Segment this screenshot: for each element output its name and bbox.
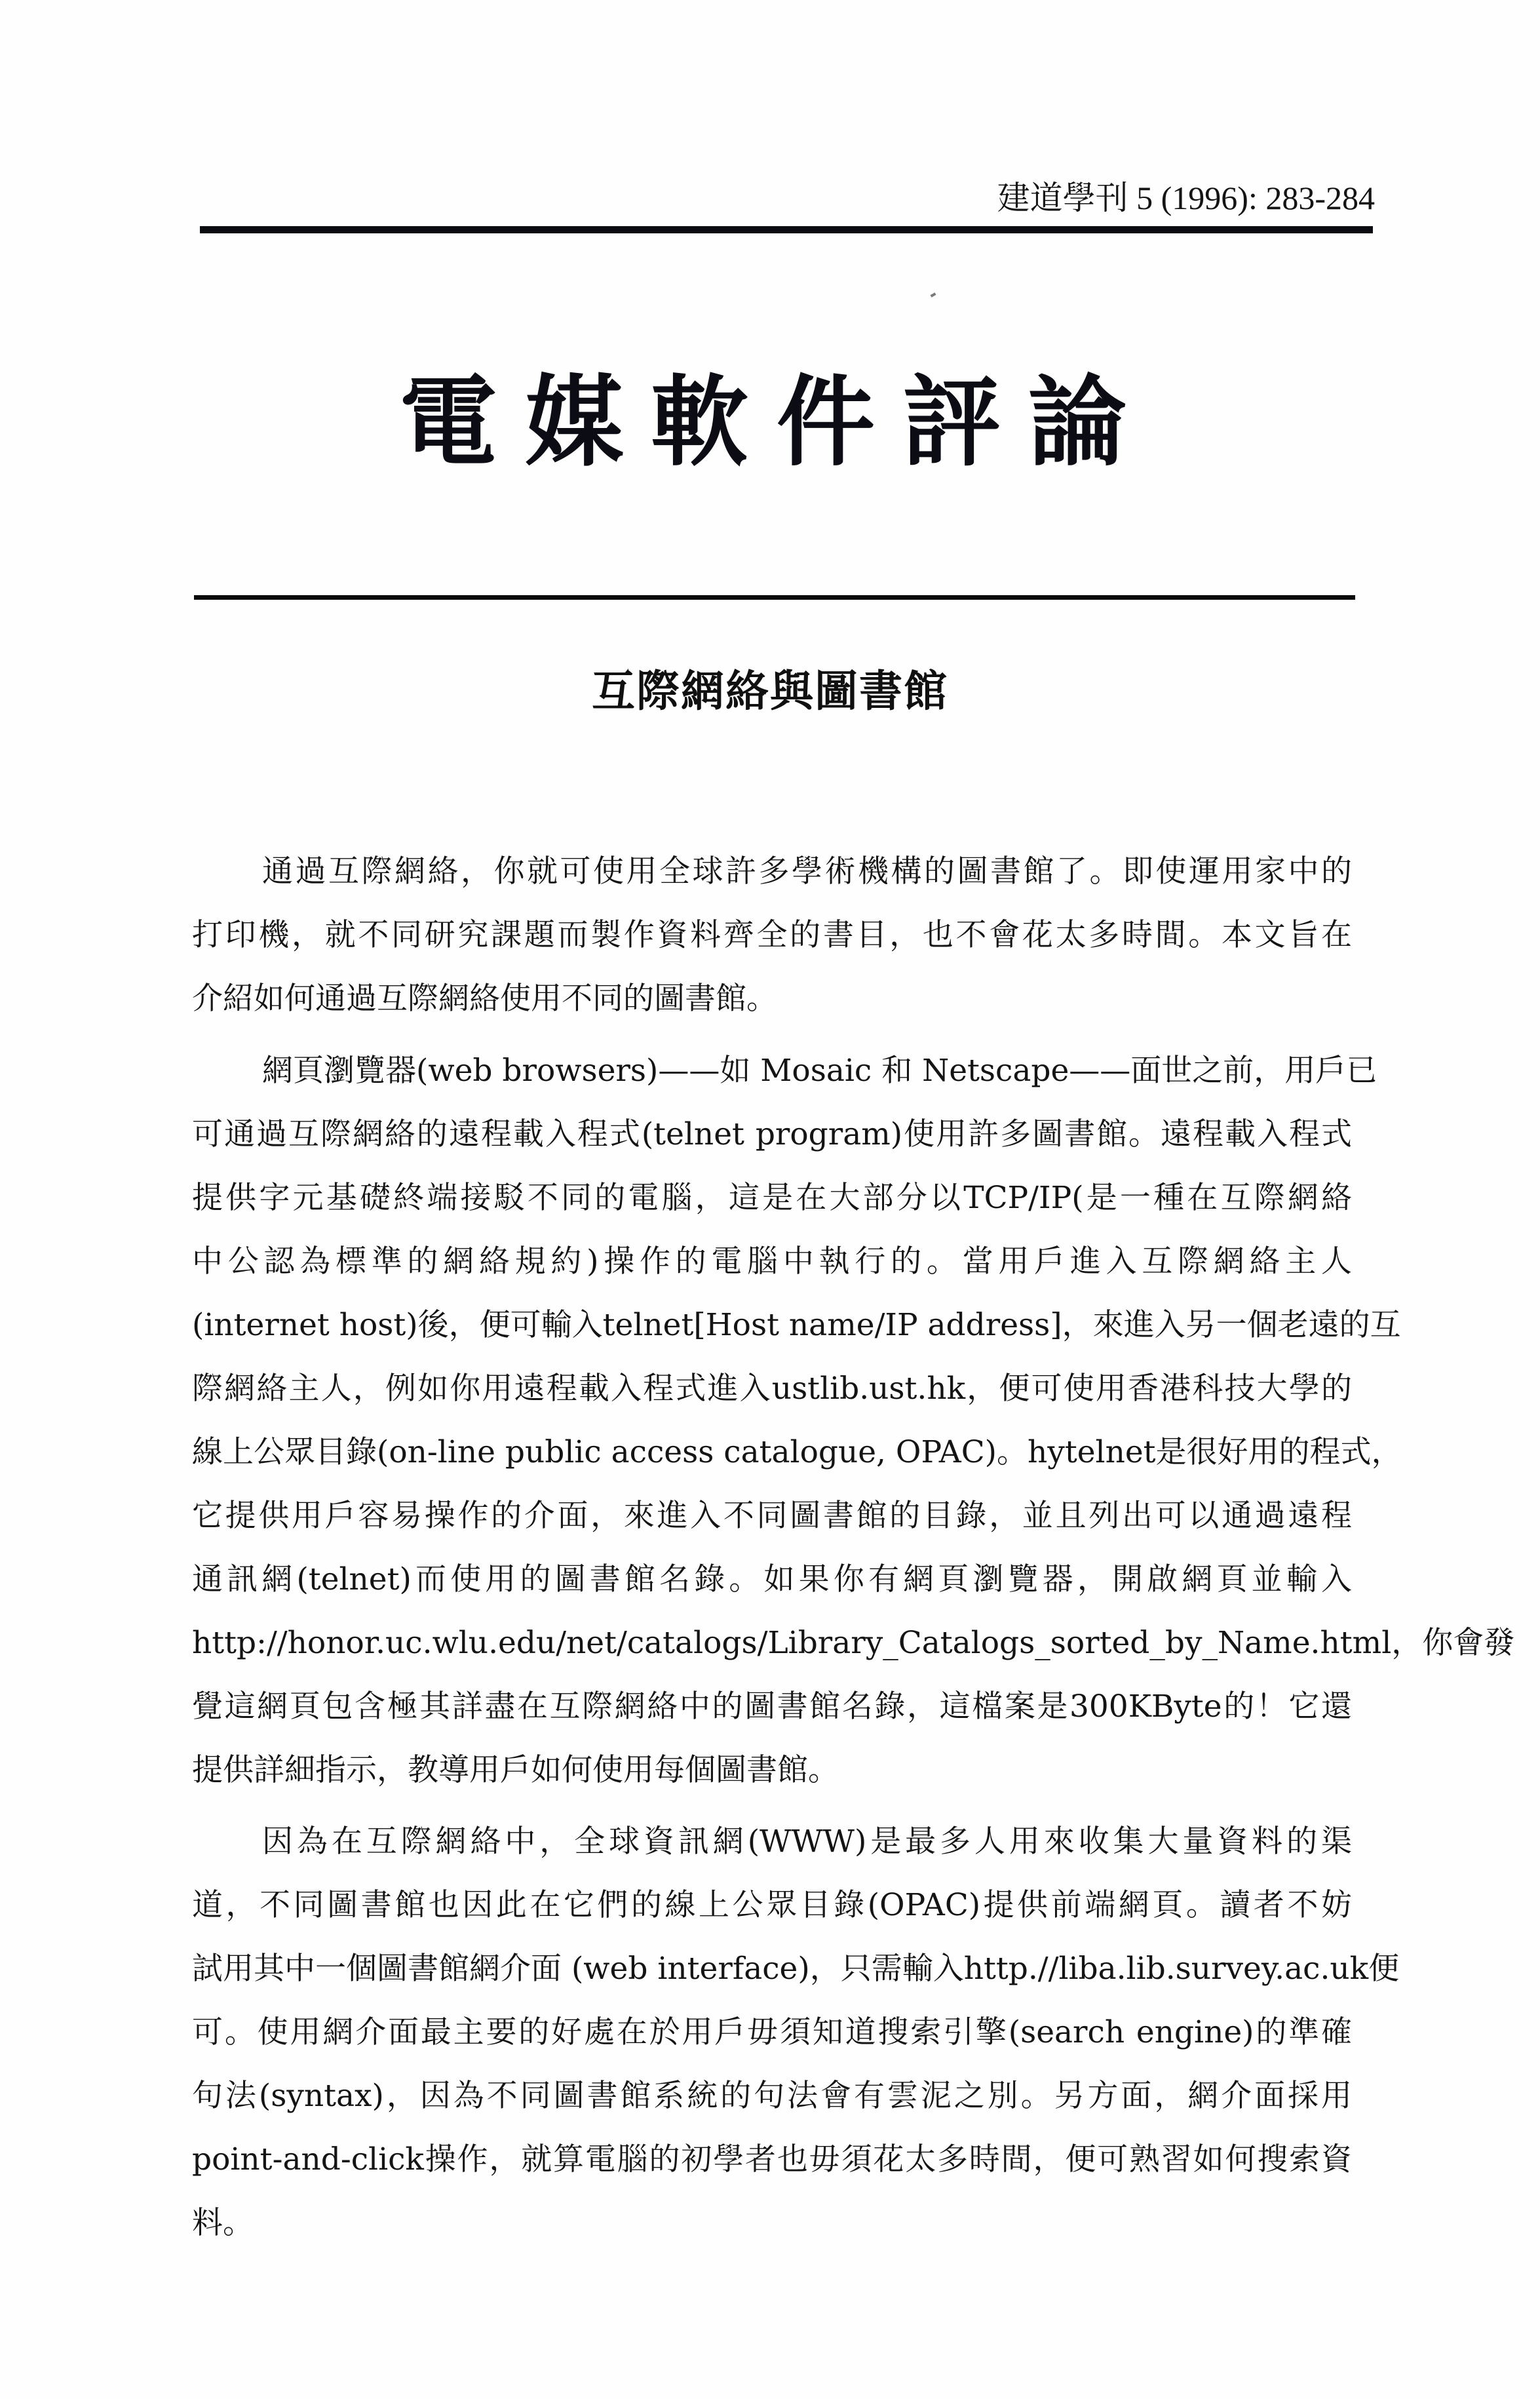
scan-speck: [931, 292, 936, 297]
paragraph-2-line-1: 網頁瀏覽器(web browsers)——如 Mosaic 和 Netscape…: [262, 1051, 1352, 1091]
section-rule: [194, 595, 1355, 600]
paragraph-2-line-11: 覺這網頁包含極其詳盡在互際網絡中的圖書館名錄，這檔案是300KByte的！它還: [192, 1687, 1352, 1726]
paragraph-1-line-1: 通過互際網絡，你就可使用全球許多學術機構的圖書館了。即使運用家中的: [262, 852, 1352, 891]
paragraph-3-line-6: point-and-click操作，就算電腦的初學者也毋須花太多時間，便可熟習如…: [192, 2140, 1352, 2179]
section-title: 電媒軟件評論: [367, 367, 1186, 478]
paragraph-2-line-5: (internet host)後，便可輸入telnet[Host name/IP…: [192, 1306, 1352, 1345]
paragraph-2-line-2: 可通過互際網絡的遠程載入程式(telnet program)使用許多圖書館。遠程…: [192, 1115, 1352, 1154]
paragraph-1-line-3: 介紹如何通過互際網絡使用不同的圖書館。: [192, 979, 1352, 1019]
paragraph-2-line-7: 線上公眾目錄(on-line public access catalogue, …: [192, 1433, 1352, 1472]
paragraph-2-line-4: 中公認為標準的網絡規約)操作的電腦中執行的。當用戶進入互際網絡主人: [192, 1242, 1352, 1281]
paragraph-2-line-8: 它提供用戶容易操作的介面，來進入不同圖書館的目錄，並且列出可以通過遠程: [192, 1496, 1352, 1536]
article-title: 互際網絡與圖書館: [0, 665, 1540, 718]
paragraph-1-line-2: 打印機，就不同研究課題而製作資料齊全的書目，也不會花太多時間。本文旨在: [192, 916, 1352, 955]
paragraph-3-line-7: 料。: [192, 2204, 1352, 2243]
paragraph-3-line-4: 可。使用網介面最主要的好處在於用戶毋須知道搜索引擎(search engine)…: [192, 2013, 1352, 2052]
paragraph-2-line-12: 提供詳細指示，教導用戶如何使用每個圖書館。: [192, 1751, 1352, 1790]
paragraph-3-line-2: 道，不同圖書館也因此在它們的線上公眾目錄(OPAC)提供前端網頁。讀者不妨: [192, 1886, 1352, 1925]
paragraph-3-line-3: 試用其中一個圖書館網介面 (web interface)，只需輸入http.//…: [192, 1949, 1352, 1989]
paragraph-2-line-3: 提供字元基礎終端接駁不同的電腦，這是在大部分以TCP/IP(是一種在互際網絡: [192, 1179, 1352, 1218]
paragraph-2-line-10: http://honor.uc.wlu.edu/net/catalogs/Lib…: [192, 1624, 1352, 1663]
header-rule: [200, 226, 1373, 233]
running-head: 建道學刊 5 (1996): 283-284: [997, 178, 1375, 218]
paragraph-2-line-6: 際網絡主人，例如你用遠程載入程式進入ustlib.ust.hk，便可使用香港科技…: [192, 1369, 1352, 1409]
paragraph-3-line-1: 因為在互際網絡中，全球資訊網(WWW)是最多人用來收集大量資料的渠: [262, 1822, 1352, 1862]
paragraph-3-line-5: 句法(syntax)，因為不同圖書館系統的句法會有雲泥之別。另方面，網介面採用: [192, 2077, 1352, 2116]
journal-page: 建道學刊 5 (1996): 283-284 電媒軟件評論 互際網絡與圖書館 通…: [0, 0, 1540, 2399]
paragraph-2-line-9: 通訊網(telnet)而使用的圖書館名錄。如果你有網頁瀏覽器，開啟網頁並輸入: [192, 1560, 1352, 1599]
